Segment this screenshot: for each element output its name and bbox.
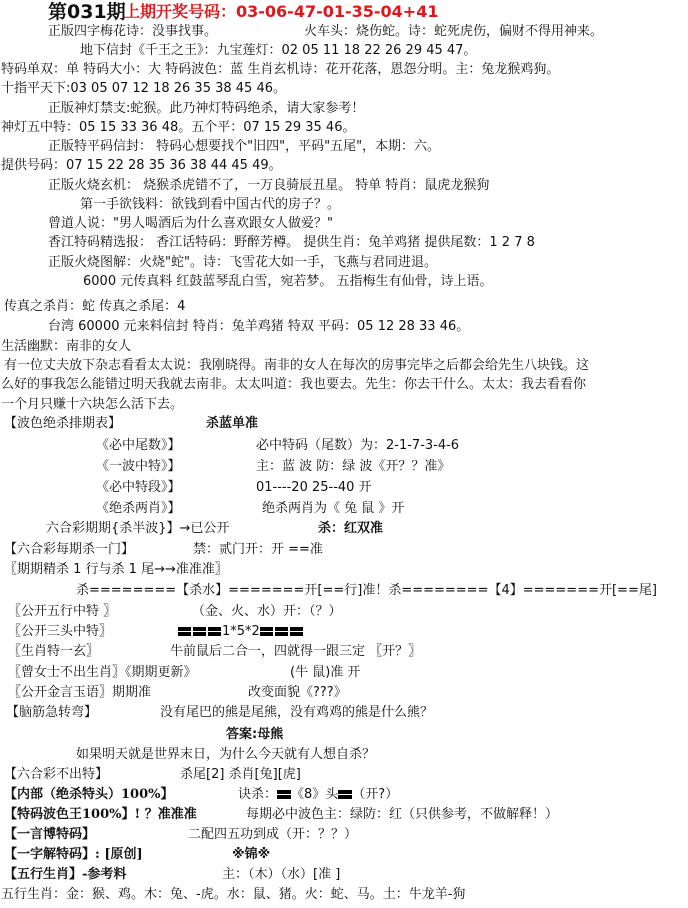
- last-draw-numbers: 上期开奖号码：03-06-47-01-35-04+41: [124, 1, 438, 23]
- wave-row-value: 必中特码（尾数）为：2-1-7-3-4-6: [256, 437, 459, 455]
- bar-decoration: [277, 790, 291, 799]
- no-special-value: 杀尾[2] 杀肖[兔][虎]: [180, 766, 301, 784]
- zeng-says: 曾道人说："男人喝酒后为什么喜欢跟女人做爱？": [48, 215, 333, 233]
- humor-title: 生活幽默：南非的女人: [1, 338, 131, 356]
- special-envelope: 正版特平码信封： 特码心想要找个"旧四"，平码"五尾"，本期：六。: [48, 138, 440, 156]
- five-elements: 〖公开五行中特 〗: [8, 603, 116, 621]
- half-wave-kill: 杀：红双准: [318, 520, 383, 538]
- wave-table-title: 【波色绝杀排期表】: [4, 415, 121, 433]
- ten-fingers: 十指平天下:03 05 07 12 18 26 35 38 45 46。: [1, 80, 286, 98]
- fire-diagram: 正版火烧图解：火烧"蛇"。诗：飞雪花大如一手，飞燕与君同进退。: [48, 254, 437, 272]
- zodiac-one: 〖生肖特一玄〗: [8, 643, 99, 661]
- inner-kill-label: 诀杀：: [238, 787, 277, 802]
- kill-door: 【六合彩每期杀一门】: [4, 541, 134, 559]
- kill-row: 〖期期精杀 1 行与杀 1 尾→→准准准〗: [4, 561, 228, 579]
- wave-row-value: 01----20 25--40 开: [256, 479, 372, 497]
- riddle-answer: 答案:母熊: [226, 726, 283, 744]
- golden-words-value: 改变面貌《???》: [248, 684, 347, 702]
- wave-row-label: 《一波中特》】: [96, 458, 181, 476]
- zodiac-one-value: 牛前鼠后二合一，四就得一跟三定 〖开？〗: [170, 643, 421, 661]
- one-char: 【一字解特码】: [原创]: [4, 846, 143, 864]
- humor-line-3: 一个月只赚十六块怎么活下去。: [1, 396, 183, 414]
- wave-row-label: 《必中特段》】: [96, 479, 181, 497]
- zeng-zodiac: 〖曾女士不出生肖〗《期期更新》: [8, 664, 197, 682]
- wave-row-value: 主：蓝 波 防：绿 波《开？？准》: [256, 458, 450, 476]
- inner-kill-open: （开?）: [352, 787, 398, 802]
- half-wave: 六合彩期期{杀半波}】→已公开: [46, 520, 229, 538]
- provided-numbers: 提供号码：07 15 22 28 35 36 38 44 45 49。: [1, 157, 282, 175]
- doomsday-question: 如果明天就是世界末日，为什么今天就有人想自杀？: [76, 746, 375, 764]
- three-head-value: 1*5*2: [178, 623, 304, 641]
- bar-decoration: [178, 627, 222, 636]
- zeng-zodiac-value: (牛 鼠)准 开: [290, 664, 360, 682]
- wuxing-title: 【五行生肖】-参考料: [4, 866, 126, 884]
- bar-decoration: [260, 627, 304, 636]
- special-attributes: 特码单双：单 特码大小：大 特码波色：蓝 生肖玄机诗：花开花落，恩怨分明。主：兔…: [1, 61, 559, 79]
- first-hand: 第一手欲钱料：欲钱到看中国古代的房子？。: [80, 196, 340, 214]
- kill-row-value: 杀========【杀水】=======开[==行]准！杀========【4】…: [76, 582, 657, 600]
- plum-poem: 正版四字梅花诗：没事找事。: [48, 23, 217, 41]
- wuxing-list: 五行生肖：金：猴、鸡。木：兔、-虎。水：鼠、猪。火：蛇、马。土：牛龙羊-狗: [1, 886, 465, 904]
- taiwan-envelope: 台湾 60000 元来料信封 特肖：兔羊鸡猪 特双 平码：05 12 28 33…: [48, 318, 469, 336]
- humor-line-2: 么好的事我怎么能错过明天我就去南非。太太叫道：我也要去。先生：你去干什么。太太：…: [1, 376, 586, 394]
- one-word: 【一言博特码】: [4, 826, 95, 844]
- five-elements-value: （金、火、水）开：（？）: [192, 603, 342, 621]
- wave-table-kill: 杀蓝单准: [206, 415, 258, 433]
- wuxing-value: 主：（木）（水）[准 ]: [222, 866, 340, 884]
- inner-kill-digit: 《8》头: [291, 787, 338, 802]
- humor-line-1: 有一位丈夫放下杂志看看太太说：我刚晓得。南非的女人在每次的房事完毕之后都会给先生…: [4, 357, 589, 375]
- lamp-ban: 正版神灯禁支:蛇猴。此乃神灯特码绝杀，请大家参考！: [48, 100, 364, 118]
- riddle: 【脑筋急转弯】: [6, 704, 97, 722]
- wave-row-label: 《必中尾数》】: [96, 437, 181, 455]
- fax-kill: 传真之杀肖：蛇 传真之杀尾：4: [4, 298, 185, 316]
- wave-king: 【特码波色王100%】! ？准准准: [4, 806, 197, 824]
- golden-words: 〖公开金言玉语〗期期准: [8, 684, 151, 702]
- wave-row-value: 绝杀两肖为《 兔 鼠 》开: [262, 500, 404, 518]
- fax-6000: 6000 元传真料 红鼓蓝琴乱白雪，宛若梦。 五指梅生有仙骨，诗上语。: [83, 273, 492, 291]
- fire-mystery: 正版火烧玄机： 烧猴杀虎错不了，一万良骑辰丑星。 特单 特肖：鼠虎龙猴狗: [48, 177, 489, 195]
- underground-envelope: 地下信封《千王之王》：九宝莲灯：02 05 11 18 22 26 29 45 …: [80, 42, 476, 60]
- lamp-five: 神灯五中特：05 15 33 36 48。五个平：07 15 29 35 46。: [1, 119, 355, 137]
- bar-decoration: [338, 790, 352, 799]
- wave-king-value: 每期必中波色主：绿防：红（只供参考，不做解释！）: [246, 806, 558, 824]
- kill-door-value: 禁：贰门开：开 ==准: [193, 541, 323, 559]
- issue-number: 第031期: [48, 1, 126, 23]
- train-head: 火车头：烧伤蛇。诗：蛇死虎伤，偏财不得用神来。: [304, 23, 603, 41]
- three-head: 〖公开三头中特〗: [8, 623, 112, 641]
- one-char-value: ※锦※: [232, 846, 270, 864]
- three-head-digits: 1*5*2: [222, 624, 260, 639]
- inner-kill-value: 诀杀：《8》头（开?）: [238, 786, 398, 804]
- xiangjiang-report: 香江特码精选报： 香江话特码：野醉芳樽。 提供生肖：兔羊鸡猪 提供尾数：1 2 …: [48, 234, 535, 252]
- one-word-value: 二配四五功到成（开：？？）: [188, 826, 357, 844]
- no-special: 【六合彩不出特】: [4, 766, 108, 784]
- wave-row-label: 《绝杀两肖》】: [96, 500, 181, 518]
- inner-kill-head: 【内部（绝杀特头）100%】: [4, 786, 174, 804]
- riddle-question: 没有尾巴的熊是尾熊，没有鸡鸡的熊是什么熊？: [160, 704, 433, 722]
